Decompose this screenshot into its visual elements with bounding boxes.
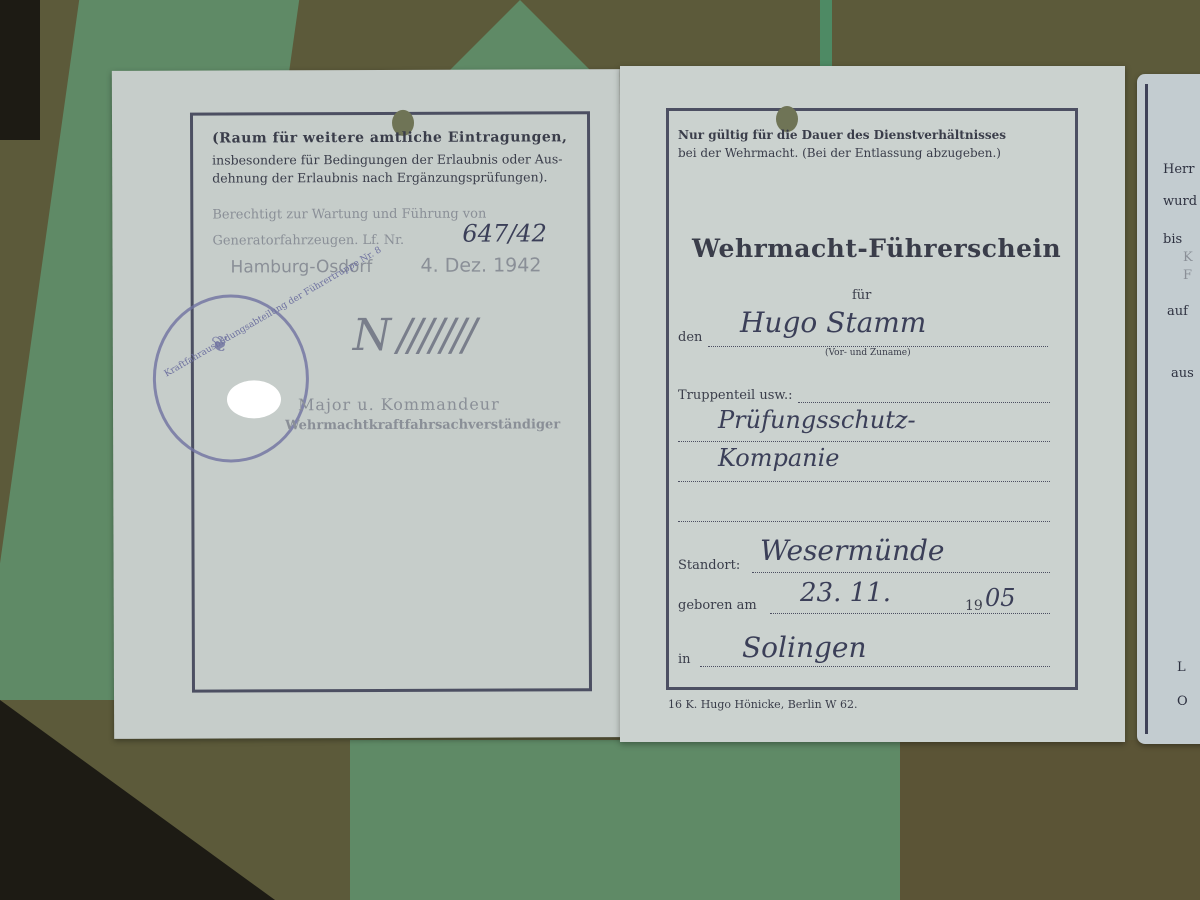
left-page: (Raum für weitere amtliche Eintragungen,… (112, 69, 622, 739)
unit-value-line2: Kompanie (718, 444, 840, 472)
location-dotted-line (752, 572, 1050, 573)
signature: N /////// (353, 310, 473, 361)
printer-imprint: 16 K. Hugo Hönicke, Berlin W 62. (668, 698, 857, 711)
eagle-emblem-icon: ❦ (211, 332, 230, 357)
unit-dotted-line (798, 402, 1050, 403)
card-line: K (1183, 250, 1193, 265)
name-dotted-line (708, 346, 1048, 347)
location-value: Wesermünde (760, 534, 945, 567)
name-hint: (Vor- und Zuname) (825, 348, 911, 358)
unit-dotted-line (678, 481, 1050, 482)
unit-value-line1: Prüfungsschutz- (718, 406, 916, 434)
official-stamp (153, 294, 310, 463)
birthplace-dotted-line (700, 666, 1050, 667)
card-line: F (1183, 268, 1192, 283)
unit-label: Truppenteil usw.: (678, 388, 792, 403)
left-header-line2: insbesondere für Bedingungen der Erlaubn… (212, 151, 562, 167)
validity-line2: bei der Wehrmacht. (Bei der Entlassung a… (678, 146, 1001, 160)
born-date: 23. 11. (800, 578, 891, 608)
card-line: O (1177, 694, 1188, 709)
location-label: Standort: (678, 558, 740, 573)
card-border (1145, 84, 1148, 734)
born-dotted-line (770, 613, 1050, 614)
holder-name: Hugo Stamm (740, 306, 926, 339)
card-line: Herr (1163, 162, 1194, 177)
fuer-label: für (852, 288, 871, 303)
card-line: wurd (1163, 194, 1197, 209)
censored-emblem (227, 380, 281, 418)
license-heading: Wehrmacht-Führerschein (692, 234, 1061, 263)
card-line: bis (1163, 232, 1182, 247)
left-header-line3: dehnung der Erlaubnis nach Ergänzungsprü… (212, 169, 547, 185)
born-year-suffix: 05 (985, 584, 1016, 612)
signatory-title: Major u. Kommandeur (298, 395, 500, 415)
card-line: aus (1171, 366, 1194, 381)
left-header-line1: (Raum für weitere amtliche Eintragungen, (212, 129, 567, 146)
birthplace-label: in (678, 652, 691, 667)
unit-dotted-line (678, 521, 1050, 522)
card-line: L (1177, 660, 1186, 675)
issue-date: 4. Dez. 1942 (420, 254, 541, 276)
right-page: Nur gültig für die Dauer des Dienstverhä… (620, 66, 1125, 742)
birthplace-value: Solingen (742, 631, 867, 664)
unit-dotted-line (678, 441, 1050, 442)
validity-line1: Nur gültig für die Dauer des Dienstverhä… (678, 128, 1006, 142)
list-number: 647/42 (462, 219, 547, 247)
partial-card: Herr wurd bis K F auf aus L O (1137, 74, 1200, 744)
den-label: den (678, 330, 702, 345)
born-label: geboren am (678, 598, 757, 613)
card-line: auf (1167, 304, 1188, 319)
signatory-role: Wehrmachtkraftfahrsachverständiger (285, 417, 560, 433)
born-year-prefix: 19 (965, 598, 983, 614)
authorization-line1: Berechtigt zur Wartung und Führung von (212, 207, 486, 223)
